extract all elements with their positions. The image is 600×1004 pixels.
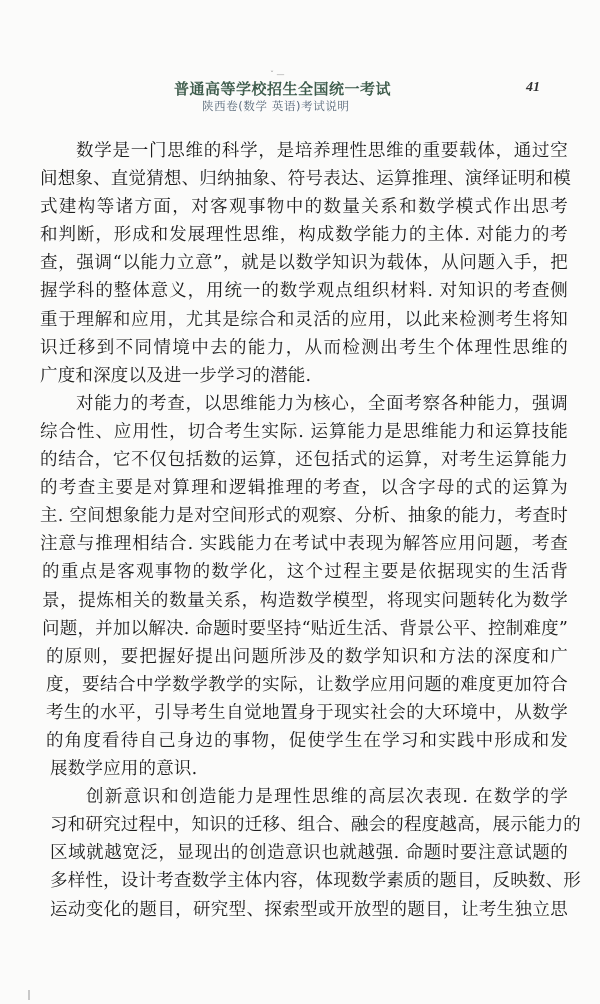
text-line: 式建构等诸方面，对客观事物中的数量关系和数学模式作出思考 — [40, 193, 568, 221]
text-line: 多样性，设计考查数学主体内容，体现数学素质的题目，反映数、形 — [50, 867, 568, 895]
text-line: 的重点是客观事物的数学化，这个过程主要是依据现实的生活背 — [42, 558, 568, 586]
text-line: 综合性、应用性，切合考生实际. 运算能力是思维能力和运算技能 — [40, 418, 568, 446]
text-line: 握学科的整体意义，用统一的数学观点组织材料. 对知识的考查侧 — [40, 277, 568, 305]
text-line: 和判断，形成和发展理性思维，构成数学能力的主体. 对能力的考 — [40, 221, 568, 249]
text-line: 重于理解和应用，尤其是综合和灵活的应用，以此来检测考生将知 — [40, 306, 568, 334]
text-line: 对能力的考查，以思维能力为核心，全面考察各种能力，强调 — [40, 390, 568, 418]
header-title: 普通高等学校招生全国统一考试 — [174, 78, 391, 99]
text-line: 数学是一门思维的科学，是培养理性思维的重要载体，通过空 — [40, 137, 568, 165]
text-line: 度，要结合中学数学教学的实际，让数学应用问题的难度更加符合 — [46, 671, 568, 699]
text-line: 展数学应用的意识. — [50, 755, 568, 783]
text-line: 的原则，要把握好提出问题所涉及的数学知识和方法的深度和广 — [46, 643, 568, 671]
page-header: ˇ — 普通高等学校招生全国统一考试 陕西卷(数学 英语)考试说明 41 — [150, 76, 570, 120]
text-line: 区域就越宽泛，显现出的创造意识也就越强. 命题时要注意试题的 — [50, 839, 568, 867]
text-line: 识迁移到不同情境中去的能力，从而检测出考生个体理性思维的 — [40, 334, 568, 362]
scan-edge-mark — [28, 990, 30, 1000]
text-line: 运动变化的题目，研究型、探索型或开放型的题目，让考生独立思 — [50, 896, 568, 924]
text-line: 的考查主要是对算理和逻辑推理的考查，以含字母的式的运算为 — [40, 474, 568, 502]
text-line: 问题，并加以解决. 命题时要坚持“贴近生活、背景公平、控制难度” — [42, 615, 568, 643]
text-line: 查，强调“以能力立意”，就是以数学知识为载体，从问题入手，把 — [40, 249, 568, 277]
body-text: 数学是一门思维的科学，是培养理性思维的重要载体，通过空 间想象、直觉猜想、归纳抽… — [40, 137, 568, 924]
text-line: 考生的水平，引导考生自觉地置身于现实社会的大环境中，从数学 — [46, 699, 568, 727]
text-line: 主. 空间想象能力是对空间形式的观察、分析、抽象的能力，考查时 — [40, 502, 568, 530]
text-line: 间想象、直觉猜想、归纳抽象、符号表达、运算推理、演绎证明和模 — [40, 165, 568, 193]
page-number: 41 — [526, 80, 540, 96]
text-line: 创新意识和创造能力是理性思维的高层次表现. 在数学的学 — [50, 783, 568, 811]
text-line: 习和研究过程中，知识的迁移、组合、融会的程度越高，展示能力的 — [50, 811, 568, 839]
text-line: 的结合，它不仅包括数的运算，还包括式的运算，对考生运算能力 — [40, 446, 568, 474]
text-line: 景，提炼相关的数量关系，构造数学模型，将现实问题转化为数学 — [42, 587, 568, 615]
text-line: 广度和深度以及进一步学习的潜能. — [40, 362, 568, 390]
document-page: ˇ — 普通高等学校招生全国统一考试 陕西卷(数学 英语)考试说明 41 数学是… — [0, 0, 600, 1004]
text-line: 注意与推理相结合. 实践能力在考试中表现为解答应用问题，考查 — [40, 530, 568, 558]
text-line: 的角度看待自己身边的事物，促使学生在学习和实践中形成和发 — [46, 727, 568, 755]
header-subtitle: 陕西卷(数学 英语)考试说明 — [202, 98, 350, 114]
